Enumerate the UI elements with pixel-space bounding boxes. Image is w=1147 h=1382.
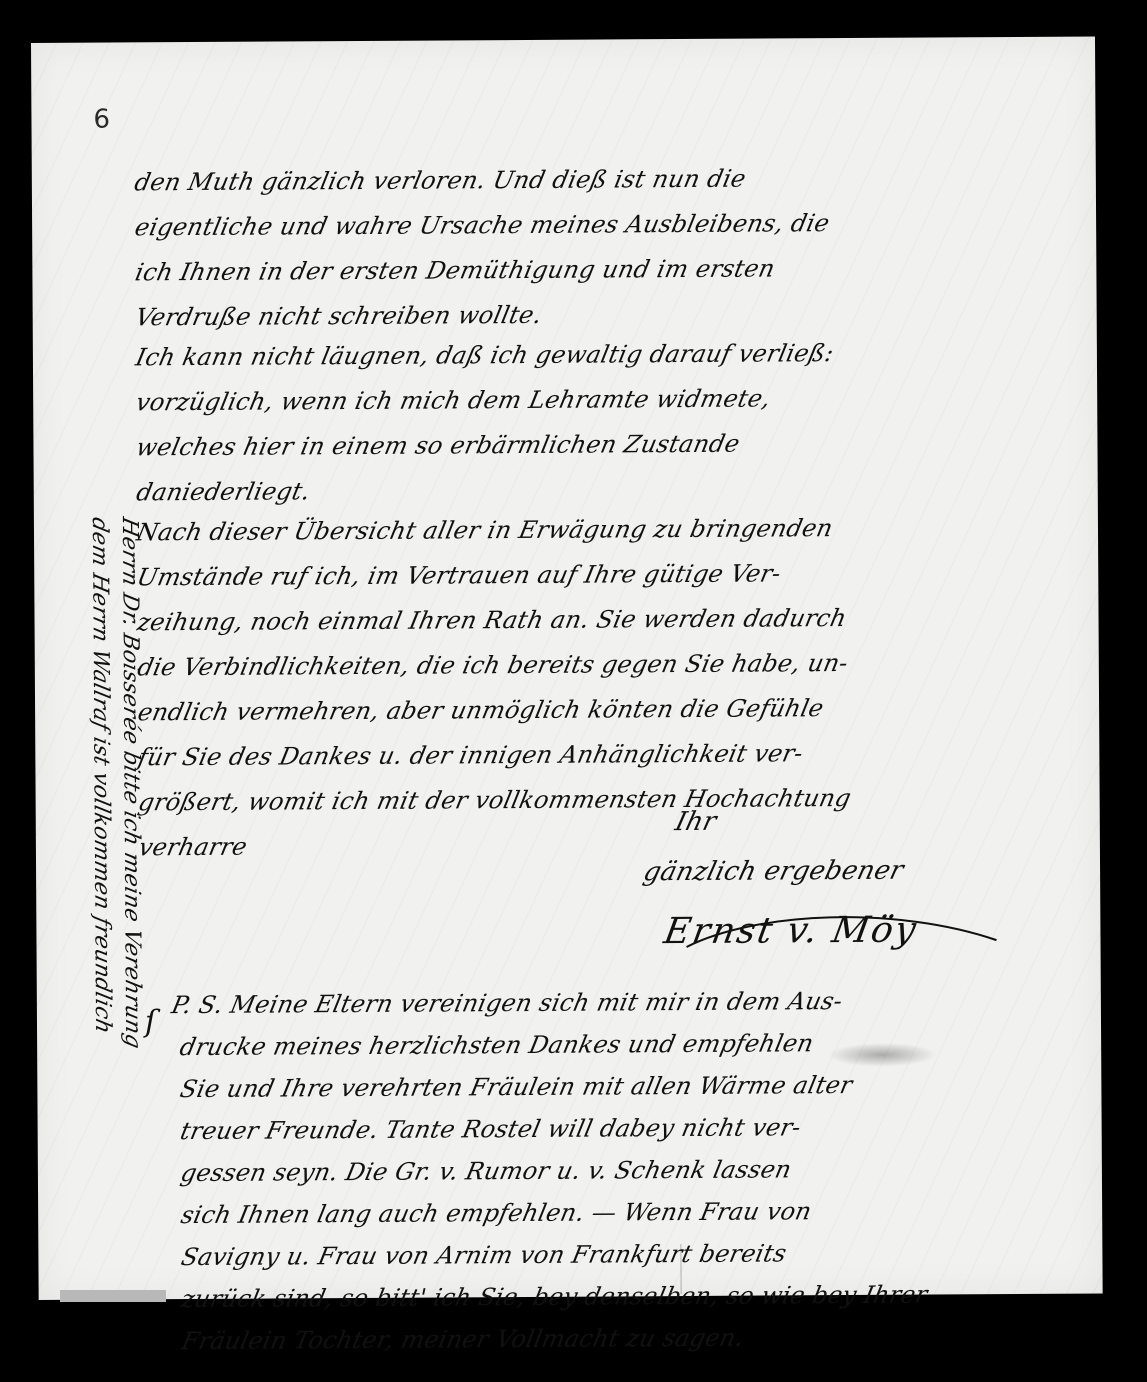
scan-edge-tab [60,1290,166,1302]
postscript-line: P. S. Meine Eltern vereinigen sich mit m… [169,986,845,1020]
ink-smudge [827,1042,937,1067]
postscript-line: Fräulein Tochter, meiner Vollmacht zu sa… [179,1323,747,1356]
body-line: Verdruße nicht schreiben wollte. [133,300,545,333]
body-line: verharre [136,832,250,863]
body-line: Umstände ruf ich, im Vertrauen auf Ihre … [134,558,783,592]
postscript-line: zurück sind, so bitt' ich Sie, bey dense… [179,1280,931,1315]
body-line: Nach dieser Übersicht aller in Erwägung … [134,513,836,547]
body-line: endlich vermehren, aber unmöglich könten… [135,693,826,727]
body-line: Ich kann nicht läugnen, daß ich gewaltig… [133,338,837,372]
body-line: eigentliche und wahre Ursache meines Aus… [132,208,832,242]
body-line: für Sie des Dankes u. der innigen Anhäng… [135,738,805,772]
letter-paper: 6 den Muth gänzlich verloren. Und dieß i… [31,37,1103,1300]
margin-note-line: Herrn Dr. Boisserée bitte ich meine Vere… [114,514,147,1051]
postscript-line: sich Ihnen lang auch empfehlen. — Wenn F… [178,1196,814,1230]
body-line: zeihung, noch einmal Ihren Rath an. Sie … [135,603,850,637]
scanned-page: 6 den Muth gänzlich verloren. Und dieß i… [0,0,1147,1382]
closing-salutation: Ihr [672,807,719,837]
margin-note-line: dem Herrn Wallraf ist vollkommen freundl… [84,514,117,1051]
body-line: welches hier in einem so erbärmlichen Zu… [134,429,743,463]
page-number: 6 [93,105,110,135]
letter-body: den Muth gänzlich verloren. Und dieß ist… [131,107,1091,113]
body-line: den Muth gänzlich verloren. Und dieß ist… [132,164,749,198]
closing-complimentary: gänzlich ergebener [640,856,906,888]
body-line: größert, womit ich mit der vollkommenste… [136,783,854,817]
postscript: P. S. Meine Eltern vereinigen sich mit m… [131,37,1091,43]
postscript-marker: P. S. [169,991,226,1019]
signature: Ernst v. Möy [661,910,921,953]
body-line: die Verbindlichkeiten, die ich bereits g… [135,648,851,682]
postscript-line: gessen seyn. Die Gr. v. Rumor u. v. Sche… [178,1154,794,1188]
postscript-text: Meine Eltern vereinigen sich mit mir in … [228,987,845,1019]
postscript-line: Sie und Ihre verehrten Fräulein mit alle… [177,1070,855,1104]
postscript-line: drucke meines herzlichsten Dankes und em… [177,1028,816,1062]
body-line: ich Ihnen in der ersten Demüthigung und … [132,253,777,287]
margin-note: Herrn Dr. Boisserée bitte ich meine Vere… [84,517,147,1048]
body-line: daniederliegt. [134,476,313,507]
body-line: vorzüglich, wenn ich mich dem Lehramte w… [133,383,773,417]
postscript-line: Savigny u. Frau von Arnim von Frankfurt … [179,1238,790,1272]
postscript-line: treuer Freunde. Tante Rostel will dabey … [178,1112,804,1146]
